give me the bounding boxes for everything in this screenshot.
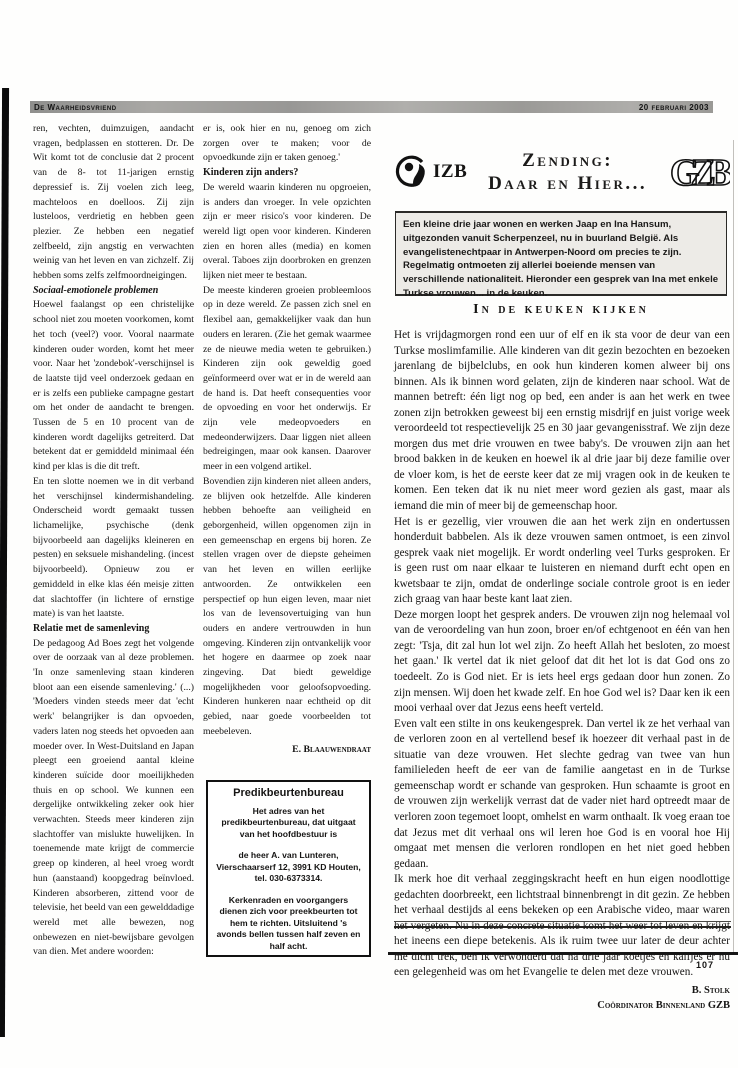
- article-byline-role: Coördinator Binnenland GZB: [394, 998, 730, 1013]
- zending-header: IZB Zending: Daar en Hier... GZB: [392, 138, 730, 206]
- article-paragraph-2: Het is er gezellig, vier vrouwen die aan…: [394, 515, 730, 608]
- left-heading-relatie: Relatie met de samenleving: [33, 622, 194, 637]
- predikbeurten-intro: Het adres van het predikbeurtenbureau, d…: [214, 806, 363, 841]
- middle-heading-anders: Kinderen zijn anders?: [203, 166, 371, 181]
- article-intro-box: Een kleine drie jaar wonen en werken Jaa…: [395, 211, 727, 296]
- scan-edge-left: [0, 88, 9, 1037]
- predikbeurten-phone: tel. 030-6373314.: [214, 873, 363, 885]
- predikbeurten-title: Predikbeurtenbureau: [214, 788, 363, 800]
- article-byline: B. Stolk Coördinator Binnenland GZB: [394, 983, 730, 1013]
- gzb-logo: GZB: [668, 149, 730, 195]
- article-paragraph-1: Het is vrijdagmorgen rond een uur of elf…: [394, 328, 730, 515]
- magazine-page: De Waarheidsvriend 20 februari 2003 ren,…: [0, 0, 738, 1068]
- predikbeurten-name: de heer A. van Lunteren,: [214, 850, 363, 862]
- page-number: 107: [686, 960, 714, 970]
- middle-paragraph-1: er is, ook hier en nu, genoeg om zich zo…: [203, 122, 371, 166]
- middle-byline: E. Blaauwendraat: [203, 743, 371, 758]
- left-paragraph-4: De pedagoog Ad Boes zegt het volgende ov…: [33, 637, 194, 960]
- article-end-rule: [394, 921, 731, 928]
- zending-title: Zending: Daar en Hier...: [467, 149, 668, 195]
- left-column: ren, vechten, duimzuigen, aandacht vrage…: [33, 122, 194, 960]
- zending-title-line2: Daar en Hier...: [467, 172, 668, 195]
- izb-logo-text: IZB: [433, 161, 467, 183]
- article-paragraph-4: Even valt een stilte in ons keukengespre…: [394, 717, 730, 872]
- middle-paragraph-2: De wereld waarin kinderen nu opgroeien, …: [203, 181, 371, 284]
- article-body: Het is vrijdagmorgen rond een uur of elf…: [394, 328, 730, 1013]
- left-paragraph-1: ren, vechten, duimzuigen, aandacht vrage…: [33, 122, 194, 284]
- masthead-date: 20 februari 2003: [639, 103, 709, 112]
- article-paragraph-3: Deze morgen loopt het gesprek anders. De…: [394, 608, 730, 717]
- masthead-bar: De Waarheidsvriend 20 februari 2003: [30, 101, 713, 113]
- middle-paragraph-4: Bovendien zijn kinderen niet alleen ande…: [203, 475, 371, 740]
- scan-edge-right: [733, 140, 734, 955]
- article-byline-name: B. Stolk: [394, 983, 730, 998]
- left-heading-sociaal: Sociaal-emotionele problemen: [33, 284, 194, 299]
- izb-logo: IZB: [392, 150, 467, 194]
- gzb-logo-text: GZB: [670, 152, 730, 194]
- izb-logo-icon: [392, 150, 432, 194]
- zending-title-line1: Zending:: [467, 149, 668, 172]
- article-intro-text: Een kleine drie jaar wonen en werken Jaa…: [403, 219, 718, 299]
- left-paragraph-2: Hoewel faalangst op een christelijke sch…: [33, 298, 194, 474]
- article-heading: In de keuken kijken: [395, 302, 727, 318]
- middle-paragraph-3: De meeste kinderen groeien probleemloos …: [203, 284, 371, 475]
- predikbeurtenbureau-box: Predikbeurtenbureau Het adres van het pr…: [206, 780, 371, 957]
- masthead-title: De Waarheidsvriend: [34, 103, 117, 112]
- predikbeurten-address: Vierschaarserf 12, 3991 KD Houten,: [214, 862, 363, 874]
- predikbeurten-note: Kerkenraden en voorgangers dienen zich v…: [214, 895, 363, 953]
- left-paragraph-3: En ten slotte noemen we in dit verband h…: [33, 475, 194, 622]
- middle-column: er is, ook hier en nu, genoeg om zich zo…: [203, 122, 371, 757]
- page-bottom-rule: [388, 952, 738, 955]
